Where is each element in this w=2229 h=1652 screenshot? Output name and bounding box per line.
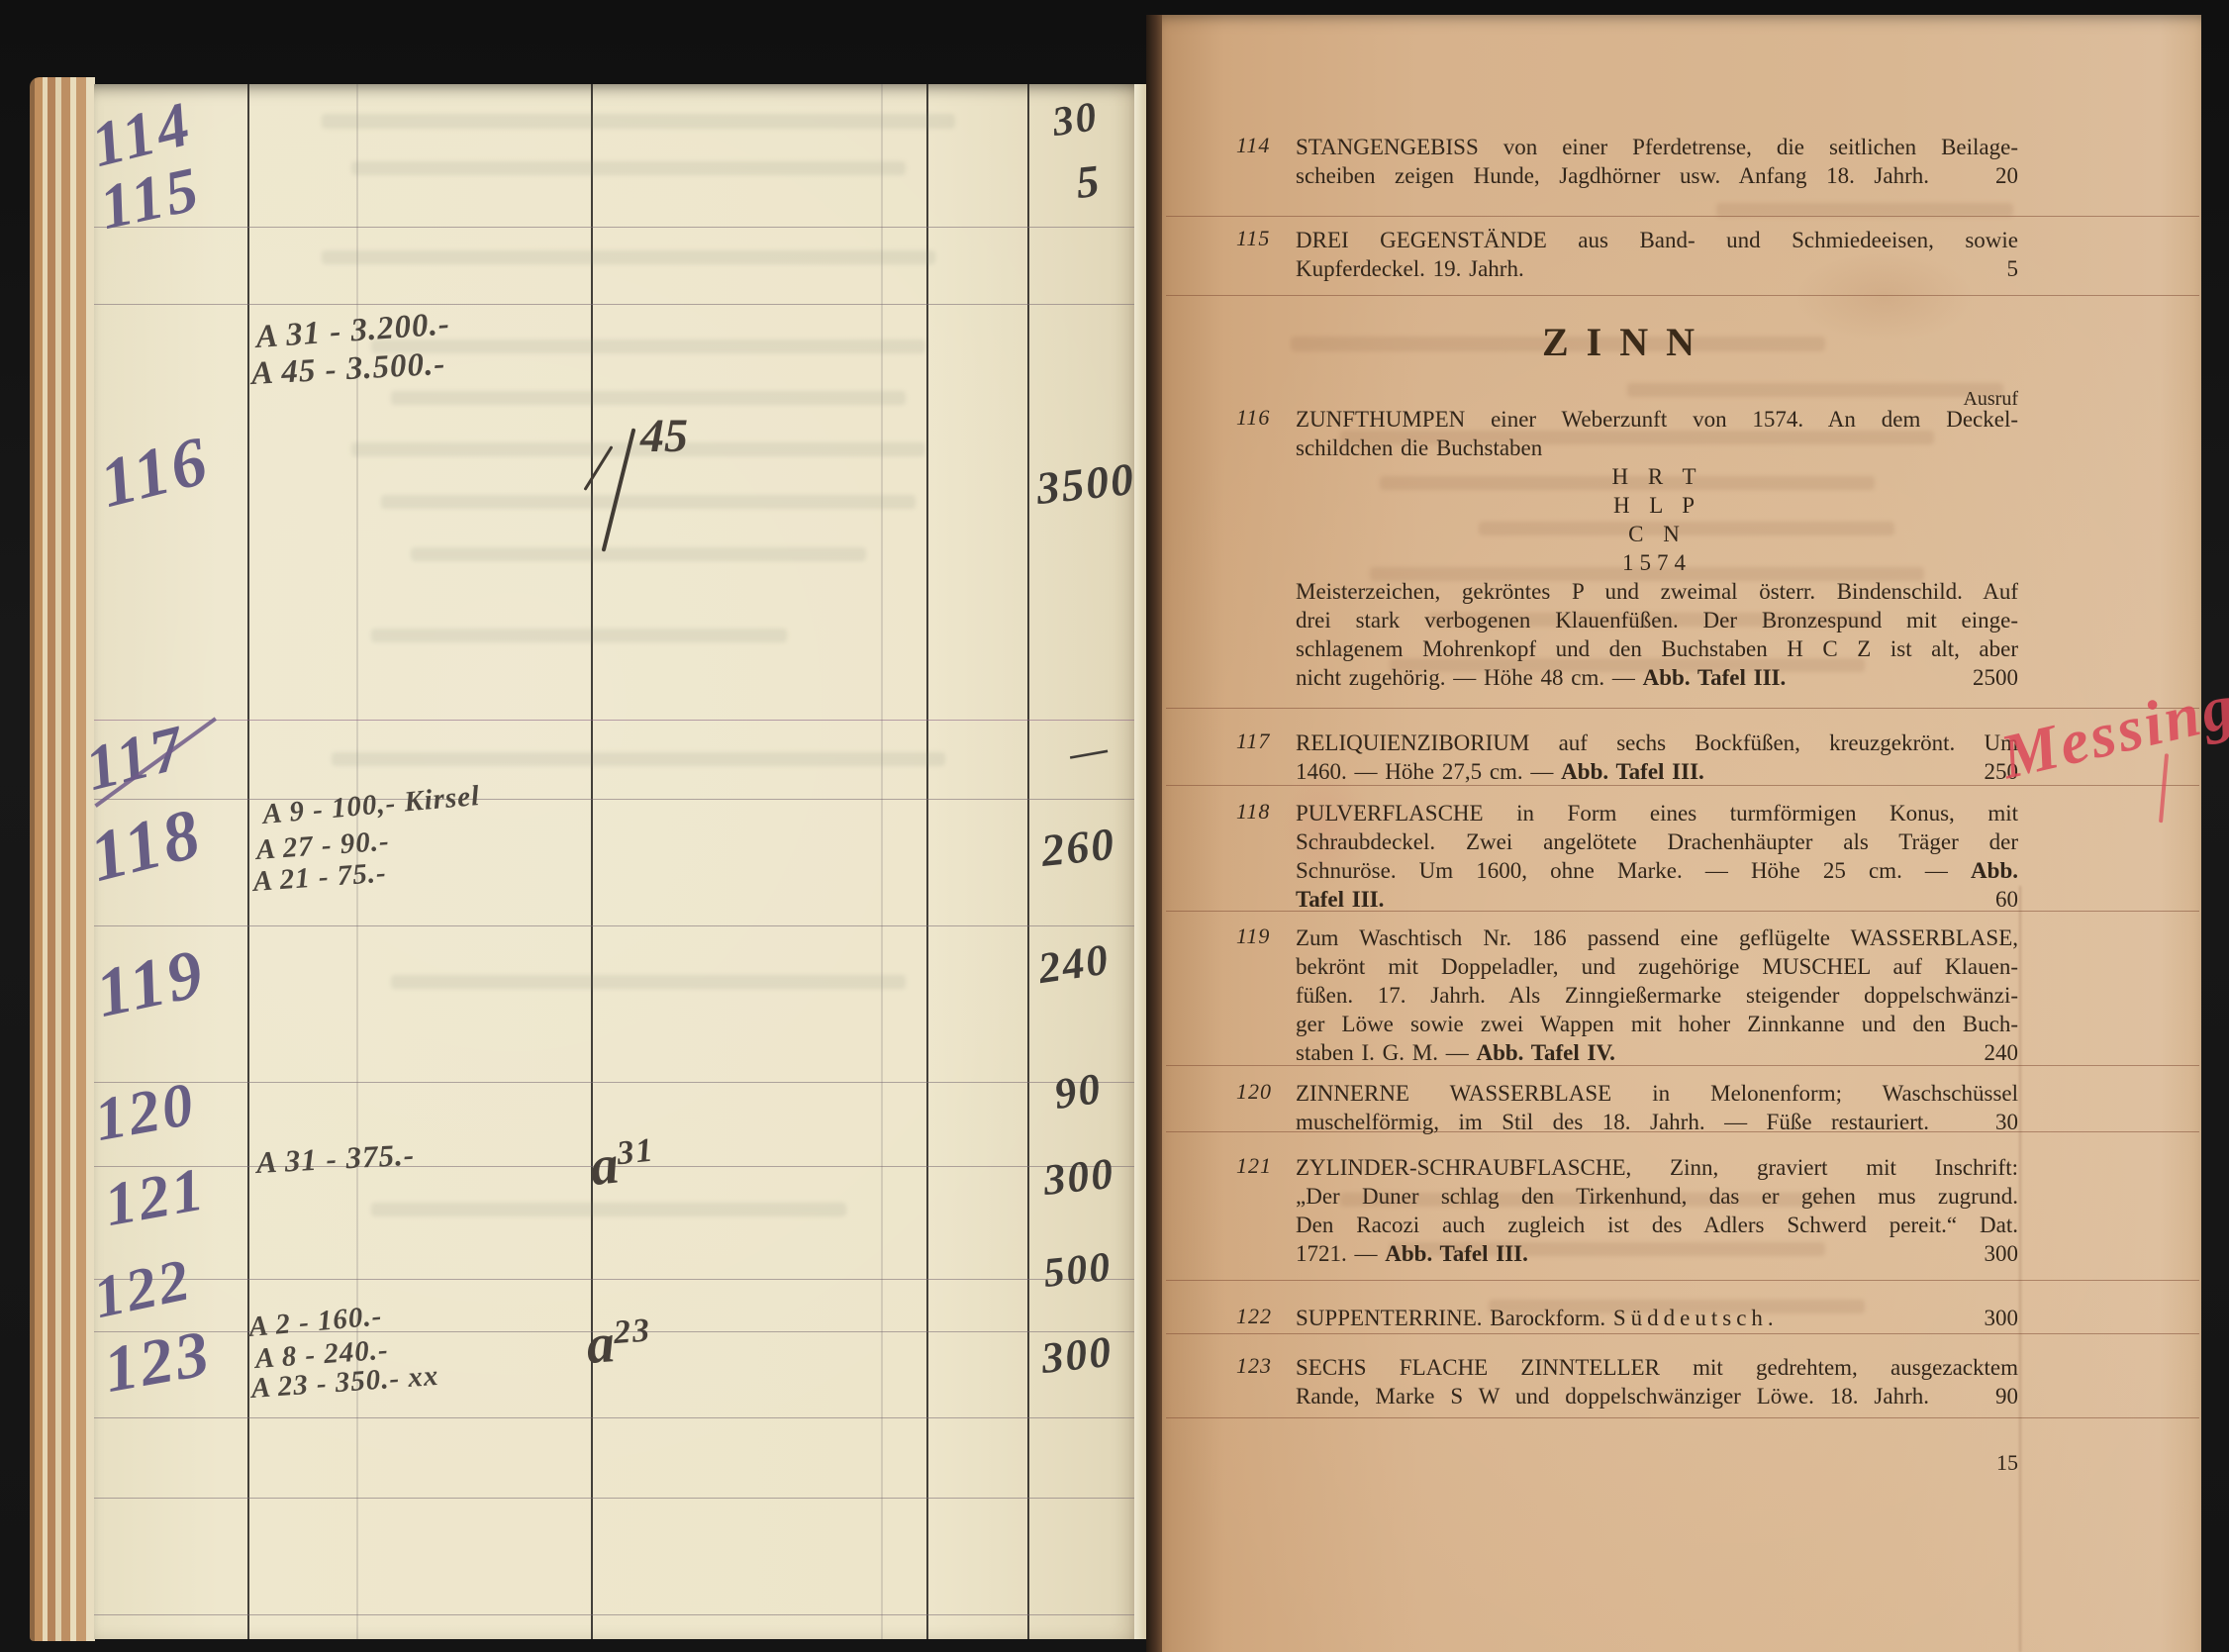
- item-text: DREI GEGENSTÄNDE aus Band- und Schmiedee…: [1296, 226, 2018, 283]
- text-segment: Den Racozi auch zugleich ist des Adlers …: [1296, 1213, 2018, 1237]
- text-segment: STANGENGEBISS von einer Pferdetrense, di…: [1296, 135, 2018, 159]
- item-line: Meisterzeichen, gekröntes P und zweimal …: [1296, 577, 2018, 606]
- catalog-item-117: 117RELIQUIENZIBORIUM auf sechs Bockfüßen…: [1236, 729, 2018, 786]
- num-118: 118: [82, 792, 211, 899]
- text-segment: Abb. Tafel III.: [1643, 665, 1787, 690]
- text-segment: 1721. —: [1296, 1241, 1385, 1266]
- price-116: 3500: [1033, 452, 1137, 515]
- item-line: Zum Waschtisch Nr. 186 passend eine gefl…: [1296, 923, 2018, 952]
- bleed-through-text: [371, 340, 925, 353]
- bleed-through-text: [332, 752, 945, 766]
- item-line: PULVERFLASCHE in Form eines turmförmigen…: [1296, 799, 2018, 827]
- text-segment: drei stark verbogenen Klauenfüßen. Der B…: [1296, 608, 2018, 632]
- column-rule: [1027, 84, 1029, 1639]
- ann-a9-100: A 9 - 100,- Kirsel: [261, 780, 481, 831]
- bleed-through-text: [391, 391, 906, 405]
- item-line: RELIQUIENZIBORIUM auf sechs Bockfüßen, k…: [1296, 729, 2018, 757]
- item-price: 90: [1995, 1382, 2018, 1410]
- row-rule: [94, 1498, 1139, 1499]
- num-121: 121: [100, 1154, 212, 1241]
- ledger-left-page: 1141151161171181191201211221233053500—26…: [94, 84, 1139, 1639]
- item-number: 114: [1236, 133, 1270, 158]
- bleed-through-text: [1716, 203, 2013, 217]
- text-segment: Schnuröse. Um 1600, ohne Marke. — Höhe 2…: [1296, 858, 1971, 883]
- item-separator: [1166, 708, 2199, 709]
- paper-crease: [2019, 886, 2021, 1652]
- price-118: 260: [1038, 817, 1117, 877]
- item-number: 116: [1236, 405, 1270, 431]
- item-line: 1721. — Abb. Tafel III.: [1296, 1239, 2018, 1268]
- item-line: C N: [1296, 520, 2018, 548]
- item-text: ZYLINDER-SCHRAUBFLASCHE, Zinn, graviert …: [1296, 1153, 2018, 1268]
- item-number: 120: [1236, 1079, 1272, 1105]
- price-120: 90: [1051, 1063, 1106, 1119]
- row-rule: [94, 1082, 1139, 1083]
- item-number: 122: [1236, 1304, 1272, 1329]
- text-segment: nicht zugehörig. — Höhe 48 cm. —: [1296, 665, 1643, 690]
- text-segment: Meisterzeichen, gekröntes P und zweimal …: [1296, 579, 2018, 604]
- mark-digits: 45: [640, 409, 688, 463]
- text-segment: RELIQUIENZIBORIUM auf sechs Bockfüßen, k…: [1296, 730, 2018, 755]
- catalog-item-120: 120ZINNERNE WASSERBLASE in Melonenform; …: [1236, 1079, 2018, 1136]
- ghost-column-rule: [881, 84, 883, 1639]
- text-segment: ger Löwe sowie zwei Wappen mit hoher Zin…: [1296, 1012, 2018, 1036]
- page-number: 15: [1236, 1450, 2018, 1476]
- page-stack-edges: [30, 77, 95, 1641]
- item-line: schildchen die Buchstaben: [1296, 434, 2018, 462]
- item-line: „Der Duner schlag den Tirkenhund, das er…: [1296, 1182, 2018, 1211]
- price-115: 5: [1073, 154, 1103, 209]
- text-segment: PULVERFLASCHE in Form eines turmförmigen…: [1296, 801, 2018, 826]
- catalog-item-114: 114STANGENGEBISS von einer Pferdetrense,…: [1236, 133, 2018, 190]
- item-line: H L P: [1296, 491, 2018, 520]
- item-line: füßen. 17. Jahrh. Als Zinngießermarke st…: [1296, 981, 2018, 1010]
- num-119: 119: [89, 934, 212, 1034]
- text-segment: schildchen die Buchstaben: [1296, 436, 1542, 460]
- text-segment: Tafel III.: [1296, 887, 1384, 912]
- bleed-through-text: [391, 975, 906, 989]
- row-rule: [94, 227, 1139, 228]
- item-line: STANGENGEBISS von einer Pferdetrense, di…: [1296, 133, 2018, 161]
- item-separator: [1166, 1280, 2199, 1281]
- item-number: 117: [1236, 729, 1270, 754]
- text-segment: Abb. Tafel III.: [1561, 759, 1704, 784]
- item-number: 115: [1236, 226, 1270, 251]
- item-price: 300: [1985, 1239, 2019, 1268]
- bleed-through-text: [371, 1203, 846, 1216]
- item-line: Schraubdeckel. Zwei angelötete Drachenhä…: [1296, 827, 2018, 856]
- row-rule: [94, 925, 1139, 926]
- row-rule: [94, 1614, 1139, 1615]
- row-rule: [94, 799, 1139, 800]
- bleed-through-text: [322, 250, 935, 264]
- item-line: Schnuröse. Um 1600, ohne Marke. — Höhe 2…: [1296, 856, 2018, 885]
- text-segment: H R T: [1611, 464, 1701, 489]
- price-122: 500: [1041, 1243, 1114, 1298]
- item-price: 2500: [1973, 663, 2018, 692]
- item-text: ZINNERNE WASSERBLASE in Melonenform; Was…: [1296, 1079, 2018, 1136]
- text-segment: 1460. — Höhe 27,5 cm. —: [1296, 759, 1561, 784]
- item-line: Kupferdeckel. 19. Jahrh.: [1296, 254, 2018, 283]
- text-segment: ZUNFTHUMPEN einer Weberzunft von 1574. A…: [1296, 407, 2018, 432]
- catalog-item-116: 116ZUNFTHUMPEN einer Weberzunft von 1574…: [1236, 405, 2018, 692]
- text-segment: füßen. 17. Jahrh. Als Zinngießermarke st…: [1296, 983, 2018, 1008]
- mark-a31: a31: [587, 1128, 658, 1199]
- section-heading: ZINN: [1236, 319, 2018, 365]
- text-segment: scheiben zeigen Hunde, Jagdhörner usw. A…: [1296, 163, 1929, 188]
- book-gutter-shadow: [1146, 15, 1162, 1652]
- item-line: scheiben zeigen Hunde, Jagdhörner usw. A…: [1296, 161, 1929, 190]
- column-rule: [247, 84, 249, 1639]
- price-114: 30: [1049, 93, 1101, 146]
- item-line: DREI GEGENSTÄNDE aus Band- und Schmiedee…: [1296, 226, 2018, 254]
- item-separator: [1166, 1333, 2199, 1334]
- item-price: 300: [1985, 1304, 2019, 1332]
- item-text: SECHS FLACHE ZINNTELLER mit gedrehtem, a…: [1296, 1353, 2018, 1410]
- row-rule: [94, 1417, 1139, 1418]
- item-line: SUPPENTERRINE. Barockform. Süddeutsch.: [1296, 1304, 2018, 1332]
- item-separator: [1166, 295, 2199, 296]
- item-separator: [1166, 216, 2199, 217]
- item-line: SECHS FLACHE ZINNTELLER mit gedrehtem, a…: [1296, 1353, 2018, 1382]
- item-line: bekrönt mit Doppeladler, und zugehörige …: [1296, 952, 2018, 981]
- item-line: Rande, Marke S W und doppelschwänziger L…: [1296, 1382, 1929, 1410]
- text-segment: Abb. Tafel IV.: [1476, 1040, 1614, 1065]
- item-number: 123: [1236, 1353, 1272, 1379]
- catalog-item-123: 123SECHS FLACHE ZINNTELLER mit gedrehtem…: [1236, 1353, 2018, 1410]
- mark-45: 45: [589, 421, 727, 559]
- text-segment: H L P: [1613, 493, 1700, 518]
- item-text: SUPPENTERRINE. Barockform. Süddeutsch.: [1296, 1304, 2018, 1332]
- item-price: 30: [1995, 1108, 2018, 1136]
- bleed-through-text: [351, 161, 906, 175]
- text-segment: DREI GEGENSTÄNDE aus Band- und Schmiedee…: [1296, 228, 2018, 252]
- catalog-item-115: 115DREI GEGENSTÄNDE aus Band- und Schmie…: [1236, 226, 2018, 283]
- num-123: 123: [99, 1315, 218, 1409]
- catalog-item-121: 121ZYLINDER-SCHRAUBFLASCHE, Zinn, gravie…: [1236, 1153, 2018, 1268]
- text-segment: „Der Duner schlag den Tirkenhund, das er…: [1296, 1184, 2018, 1209]
- item-number: 118: [1236, 799, 1270, 825]
- page-fold-edge: [1134, 84, 1146, 1639]
- text-segment: 1574: [1622, 550, 1692, 575]
- text-segment: muschelförmig, im Stil des 18. Jahrh. — …: [1296, 1110, 1929, 1134]
- text-segment: ZINNERNE WASSERBLASE in Melonenform; Was…: [1296, 1081, 2018, 1106]
- item-text: PULVERFLASCHE in Form eines turmförmigen…: [1296, 799, 2018, 914]
- item-text: RELIQUIENZIBORIUM auf sechs Bockfüßen, k…: [1296, 729, 2018, 786]
- row-rule: [94, 1279, 1139, 1280]
- price-119: 240: [1035, 933, 1113, 994]
- item-line: muschelförmig, im Stil des 18. Jahrh. — …: [1296, 1108, 1929, 1136]
- catalog-item-119: 119Zum Waschtisch Nr. 186 passend eine g…: [1236, 923, 2018, 1067]
- item-separator: [1166, 1417, 2199, 1418]
- text-segment: Süddeutsch.: [1613, 1306, 1779, 1330]
- item-number: 119: [1236, 923, 1270, 949]
- text-segment: SUPPENTERRINE. Barockform.: [1296, 1306, 1613, 1330]
- item-line: drei stark verbogenen Klauenfüßen. Der B…: [1296, 606, 2018, 634]
- text-segment: Abb.: [1971, 858, 2018, 883]
- catalog-item-118: 118PULVERFLASCHE in Form eines turmförmi…: [1236, 799, 2018, 914]
- bleed-through-text: [371, 629, 787, 642]
- item-price: 20: [1995, 161, 2018, 190]
- item-line: ZUNFTHUMPEN einer Weberzunft von 1574. A…: [1296, 405, 2018, 434]
- item-text: Zum Waschtisch Nr. 186 passend eine gefl…: [1296, 923, 2018, 1067]
- mark-superscript: 23: [613, 1312, 652, 1352]
- bleed-through-text: [322, 114, 955, 129]
- price-123: 300: [1039, 1326, 1115, 1384]
- item-line: H R T: [1296, 462, 2018, 491]
- mark-base: a: [585, 1312, 617, 1376]
- text-segment: SECHS FLACHE ZINNTELLER mit gedrehtem, a…: [1296, 1355, 2018, 1380]
- text-segment: bekrönt mit Doppeladler, und zugehörige …: [1296, 954, 2018, 979]
- item-price: 240: [1985, 1038, 2019, 1067]
- catalog-right-page: ZINN Ausruf 114STANGENGEBISS von einer P…: [1162, 15, 2201, 1652]
- text-segment: Zum Waschtisch Nr. 186 passend eine gefl…: [1296, 925, 2018, 950]
- mark-superscript: 31: [615, 1131, 656, 1172]
- row-rule: [94, 720, 1139, 721]
- price-117: —: [1066, 727, 1113, 776]
- text-segment: ZYLINDER-SCHRAUBFLASCHE, Zinn, graviert …: [1296, 1155, 2018, 1180]
- item-price: 5: [2007, 254, 2019, 283]
- item-line: 1460. — Höhe 27,5 cm. — Abb. Tafel III.: [1296, 757, 2018, 786]
- item-line: staben I. G. M. — Abb. Tafel IV.: [1296, 1038, 2018, 1067]
- ann-a31-375: A 31 - 375.-: [255, 1137, 416, 1181]
- num-116: 116: [93, 422, 218, 525]
- text-segment: Kupferdeckel. 19. Jahrh.: [1296, 256, 1524, 281]
- text-segment: C N: [1628, 522, 1686, 546]
- item-line: 1574: [1296, 548, 2018, 577]
- text-segment: staben I. G. M. —: [1296, 1040, 1476, 1065]
- catalog-item-122: 122SUPPENTERRINE. Barockform. Süddeutsch…: [1236, 1304, 2018, 1332]
- item-text: ZUNFTHUMPEN einer Weberzunft von 1574. A…: [1296, 405, 2018, 692]
- price-121: 300: [1041, 1148, 1117, 1206]
- column-rule: [926, 84, 928, 1639]
- text-segment: Rande, Marke S W und doppelschwänziger L…: [1296, 1384, 1929, 1409]
- item-price: 60: [1995, 885, 2018, 914]
- item-line: ger Löwe sowie zwei Wappen mit hoher Zin…: [1296, 1010, 2018, 1038]
- item-line: nicht zugehörig. — Höhe 48 cm. — Abb. Ta…: [1296, 663, 2018, 692]
- item-line: Den Racozi auch zugleich ist des Adlers …: [1296, 1211, 2018, 1239]
- mark-a23: a23: [585, 1310, 654, 1377]
- item-line: schlagenem Mohrenkopf und den Buchstaben…: [1296, 634, 2018, 663]
- text-segment: Schraubdeckel. Zwei angelötete Drachenhä…: [1296, 829, 2018, 854]
- row-rule: [94, 304, 1139, 305]
- item-line: ZINNERNE WASSERBLASE in Melonenform; Was…: [1296, 1079, 2018, 1108]
- scanned-book-spread: 1141151161171181191201211221233053500—26…: [0, 0, 2229, 1652]
- num-117: 117: [78, 711, 193, 806]
- column-rule: [591, 84, 593, 1639]
- item-number: 121: [1236, 1153, 1272, 1179]
- item-line: ZYLINDER-SCHRAUBFLASCHE, Zinn, graviert …: [1296, 1153, 2018, 1182]
- item-text: STANGENGEBISS von einer Pferdetrense, di…: [1296, 133, 2018, 190]
- text-segment: Abb. Tafel III.: [1385, 1241, 1528, 1266]
- text-segment: schlagenem Mohrenkopf und den Buchstaben…: [1296, 636, 2018, 661]
- item-line: Tafel III.: [1296, 885, 2018, 914]
